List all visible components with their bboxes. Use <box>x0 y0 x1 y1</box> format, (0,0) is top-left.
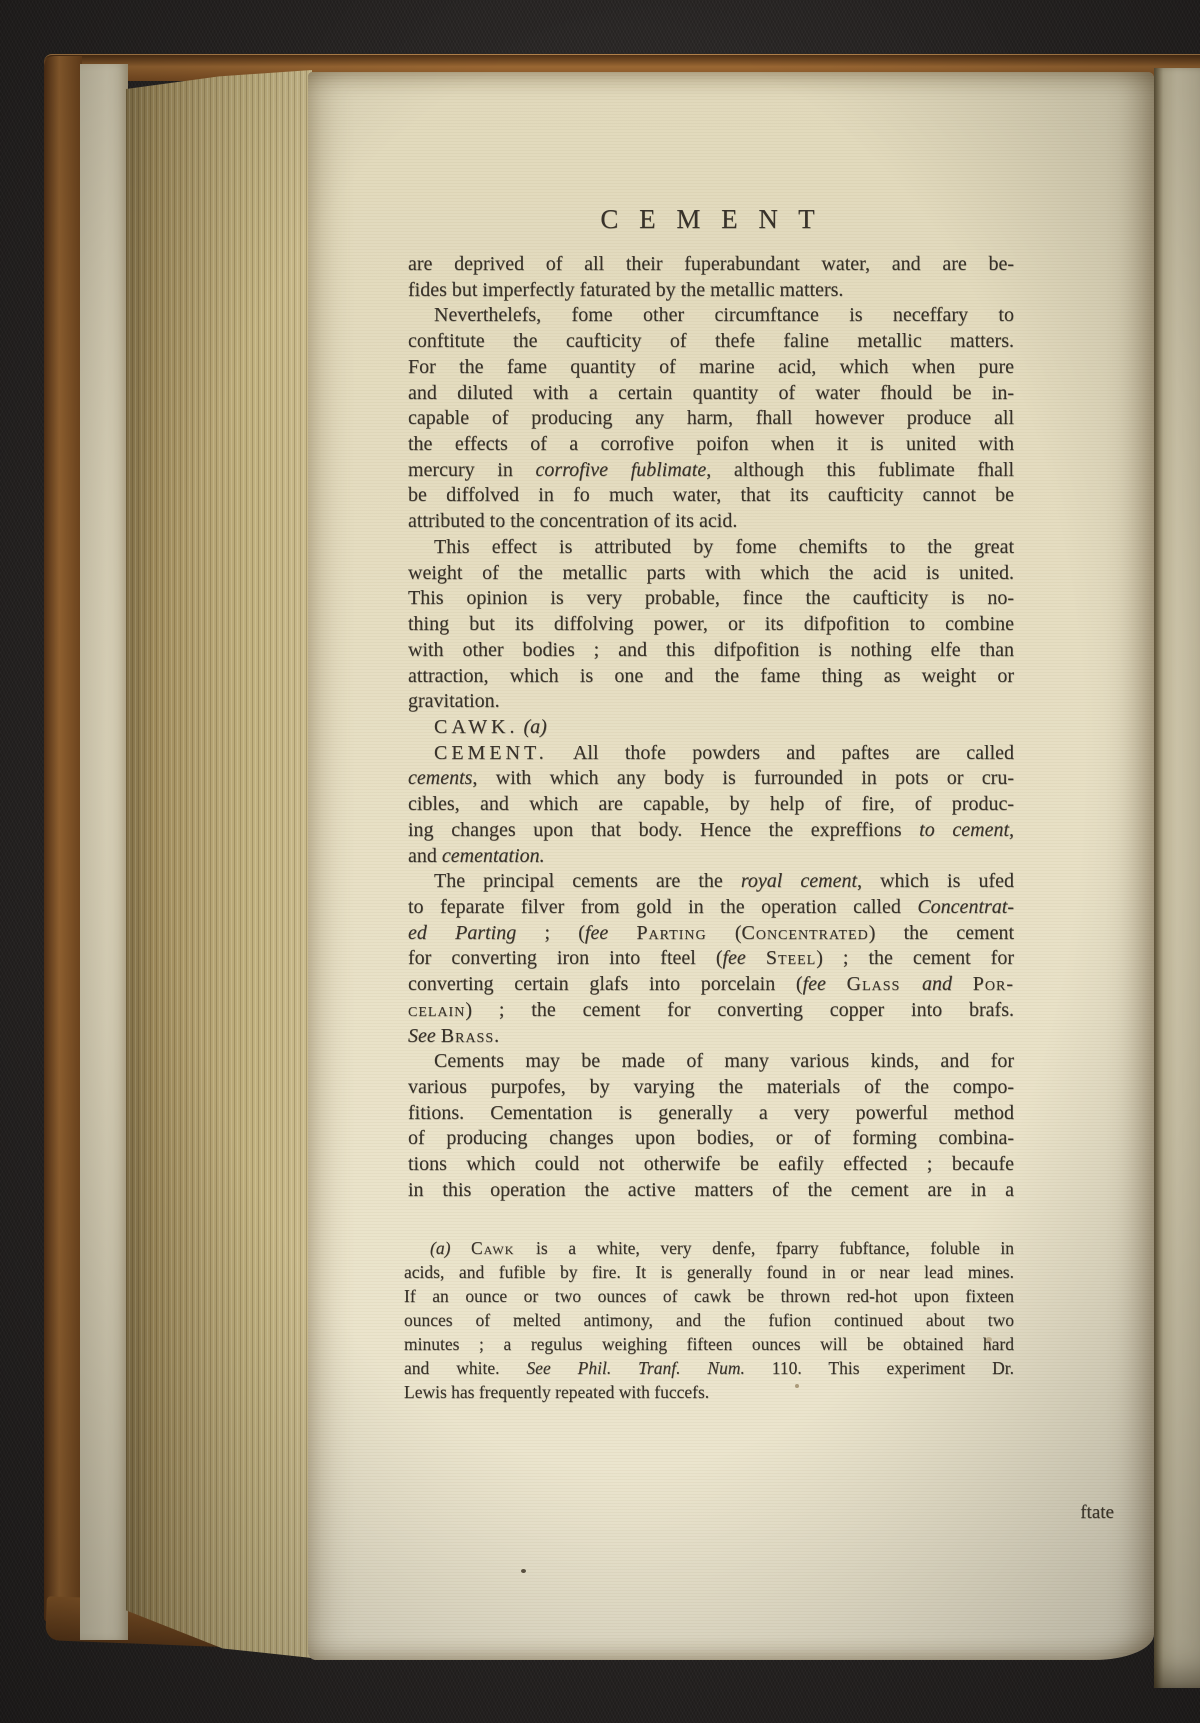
text-line: This opinion is very probable, fince the… <box>408 586 1014 612</box>
text-line: and white. See Phil. Tranf. Num. 110. Th… <box>404 1356 1014 1380</box>
text-line: and diluted with a certain quantity of w… <box>408 381 1014 407</box>
text-line: CAWK. (a) <box>408 715 1014 741</box>
text-line: If an ounce or two ounces of cawk be thr… <box>404 1284 1014 1308</box>
text-line: are deprived of all their fuperabundant … <box>408 252 1014 278</box>
catchword: ftate <box>1024 1502 1114 1524</box>
paper-speck <box>795 1384 799 1388</box>
text-line: mercury in corrofive fublimate, although… <box>408 458 1014 484</box>
text-line: The principal cements are the royal ceme… <box>408 869 1014 895</box>
paper-speck <box>521 1569 526 1573</box>
text-line: fitions. Cementation is generally a very… <box>408 1101 1014 1127</box>
text-line: capable of producing any harm, fhall how… <box>408 406 1014 432</box>
text-line: conftitute the caufticity of thefe falin… <box>408 329 1014 355</box>
text-line: acids, and fufible by fire. It is genera… <box>404 1260 1014 1284</box>
text-line: attributed to the concentration of its a… <box>408 509 1014 535</box>
text-line: attraction, which is one and the fame th… <box>408 664 1014 690</box>
footnote-text: (a) Cawk is a white, very denfe, fparry … <box>404 1236 1014 1404</box>
text-line: For the fame quantity of marine acid, wh… <box>408 355 1014 381</box>
text-line: See Brass. <box>408 1024 1014 1050</box>
text-line: celain) ; the cement for converting copp… <box>408 998 1014 1024</box>
text-line: Cements may be made of many various kind… <box>408 1049 1014 1075</box>
book-photo: C E M E N T are deprived of all their fu… <box>0 0 1200 1723</box>
text-line: various purpofes, by varying the materia… <box>408 1075 1014 1101</box>
text-line: the effects of a corrofive poifon when i… <box>408 432 1014 458</box>
text-line: CEMENT. All thofe powders and paftes are… <box>408 741 1014 767</box>
text-line: with other bodies ; and this difpofition… <box>408 638 1014 664</box>
text-line: thing but its diffolving power, or its d… <box>408 612 1014 638</box>
text-line: fides but imperfectly faturated by the m… <box>408 278 1014 304</box>
text-line: and cementation. <box>408 844 1014 870</box>
text-line: converting certain glafs into porcelain … <box>408 972 1014 998</box>
text-line: (a) Cawk is a white, very denfe, fparry … <box>404 1236 1014 1260</box>
text-line: Lewis has frequently repeated with fucce… <box>404 1380 1014 1404</box>
page-title: C E M E N T <box>408 204 1014 235</box>
body-text: are deprived of all their fuperabundant … <box>408 252 1014 1204</box>
text-line: cibles, and which are capable, by help o… <box>408 792 1014 818</box>
page-text-layer: C E M E N T are deprived of all their fu… <box>0 0 1200 1723</box>
text-line: ing changes upon that body. Hence the ex… <box>408 818 1014 844</box>
text-line: Neverthelefs, fome other circumftance is… <box>408 303 1014 329</box>
text-line: in this operation the active matters of … <box>408 1178 1014 1204</box>
text-line: cements, with which any body is furround… <box>408 766 1014 792</box>
text-line: weight of the metallic parts with which … <box>408 561 1014 587</box>
paper-speck <box>986 1337 992 1342</box>
text-line: be diffolved in fo much water, that its … <box>408 483 1014 509</box>
text-line: This effect is attributed by fome chemif… <box>408 535 1014 561</box>
text-line: tions which could not otherwife be eafil… <box>408 1152 1014 1178</box>
text-line: for converting iron into fteel (fee Stee… <box>408 946 1014 972</box>
text-line: ed Parting ; (fee Parting (Concentrated)… <box>408 921 1014 947</box>
text-line: ounces of melted antimony, and the fufio… <box>404 1308 1014 1332</box>
text-line: to feparate filver from gold in the oper… <box>408 895 1014 921</box>
text-line: of producing changes upon bodies, or of … <box>408 1126 1014 1152</box>
text-line: minutes ; a regulus weighing fifteen oun… <box>404 1332 1014 1356</box>
text-line: gravitation. <box>408 689 1014 715</box>
